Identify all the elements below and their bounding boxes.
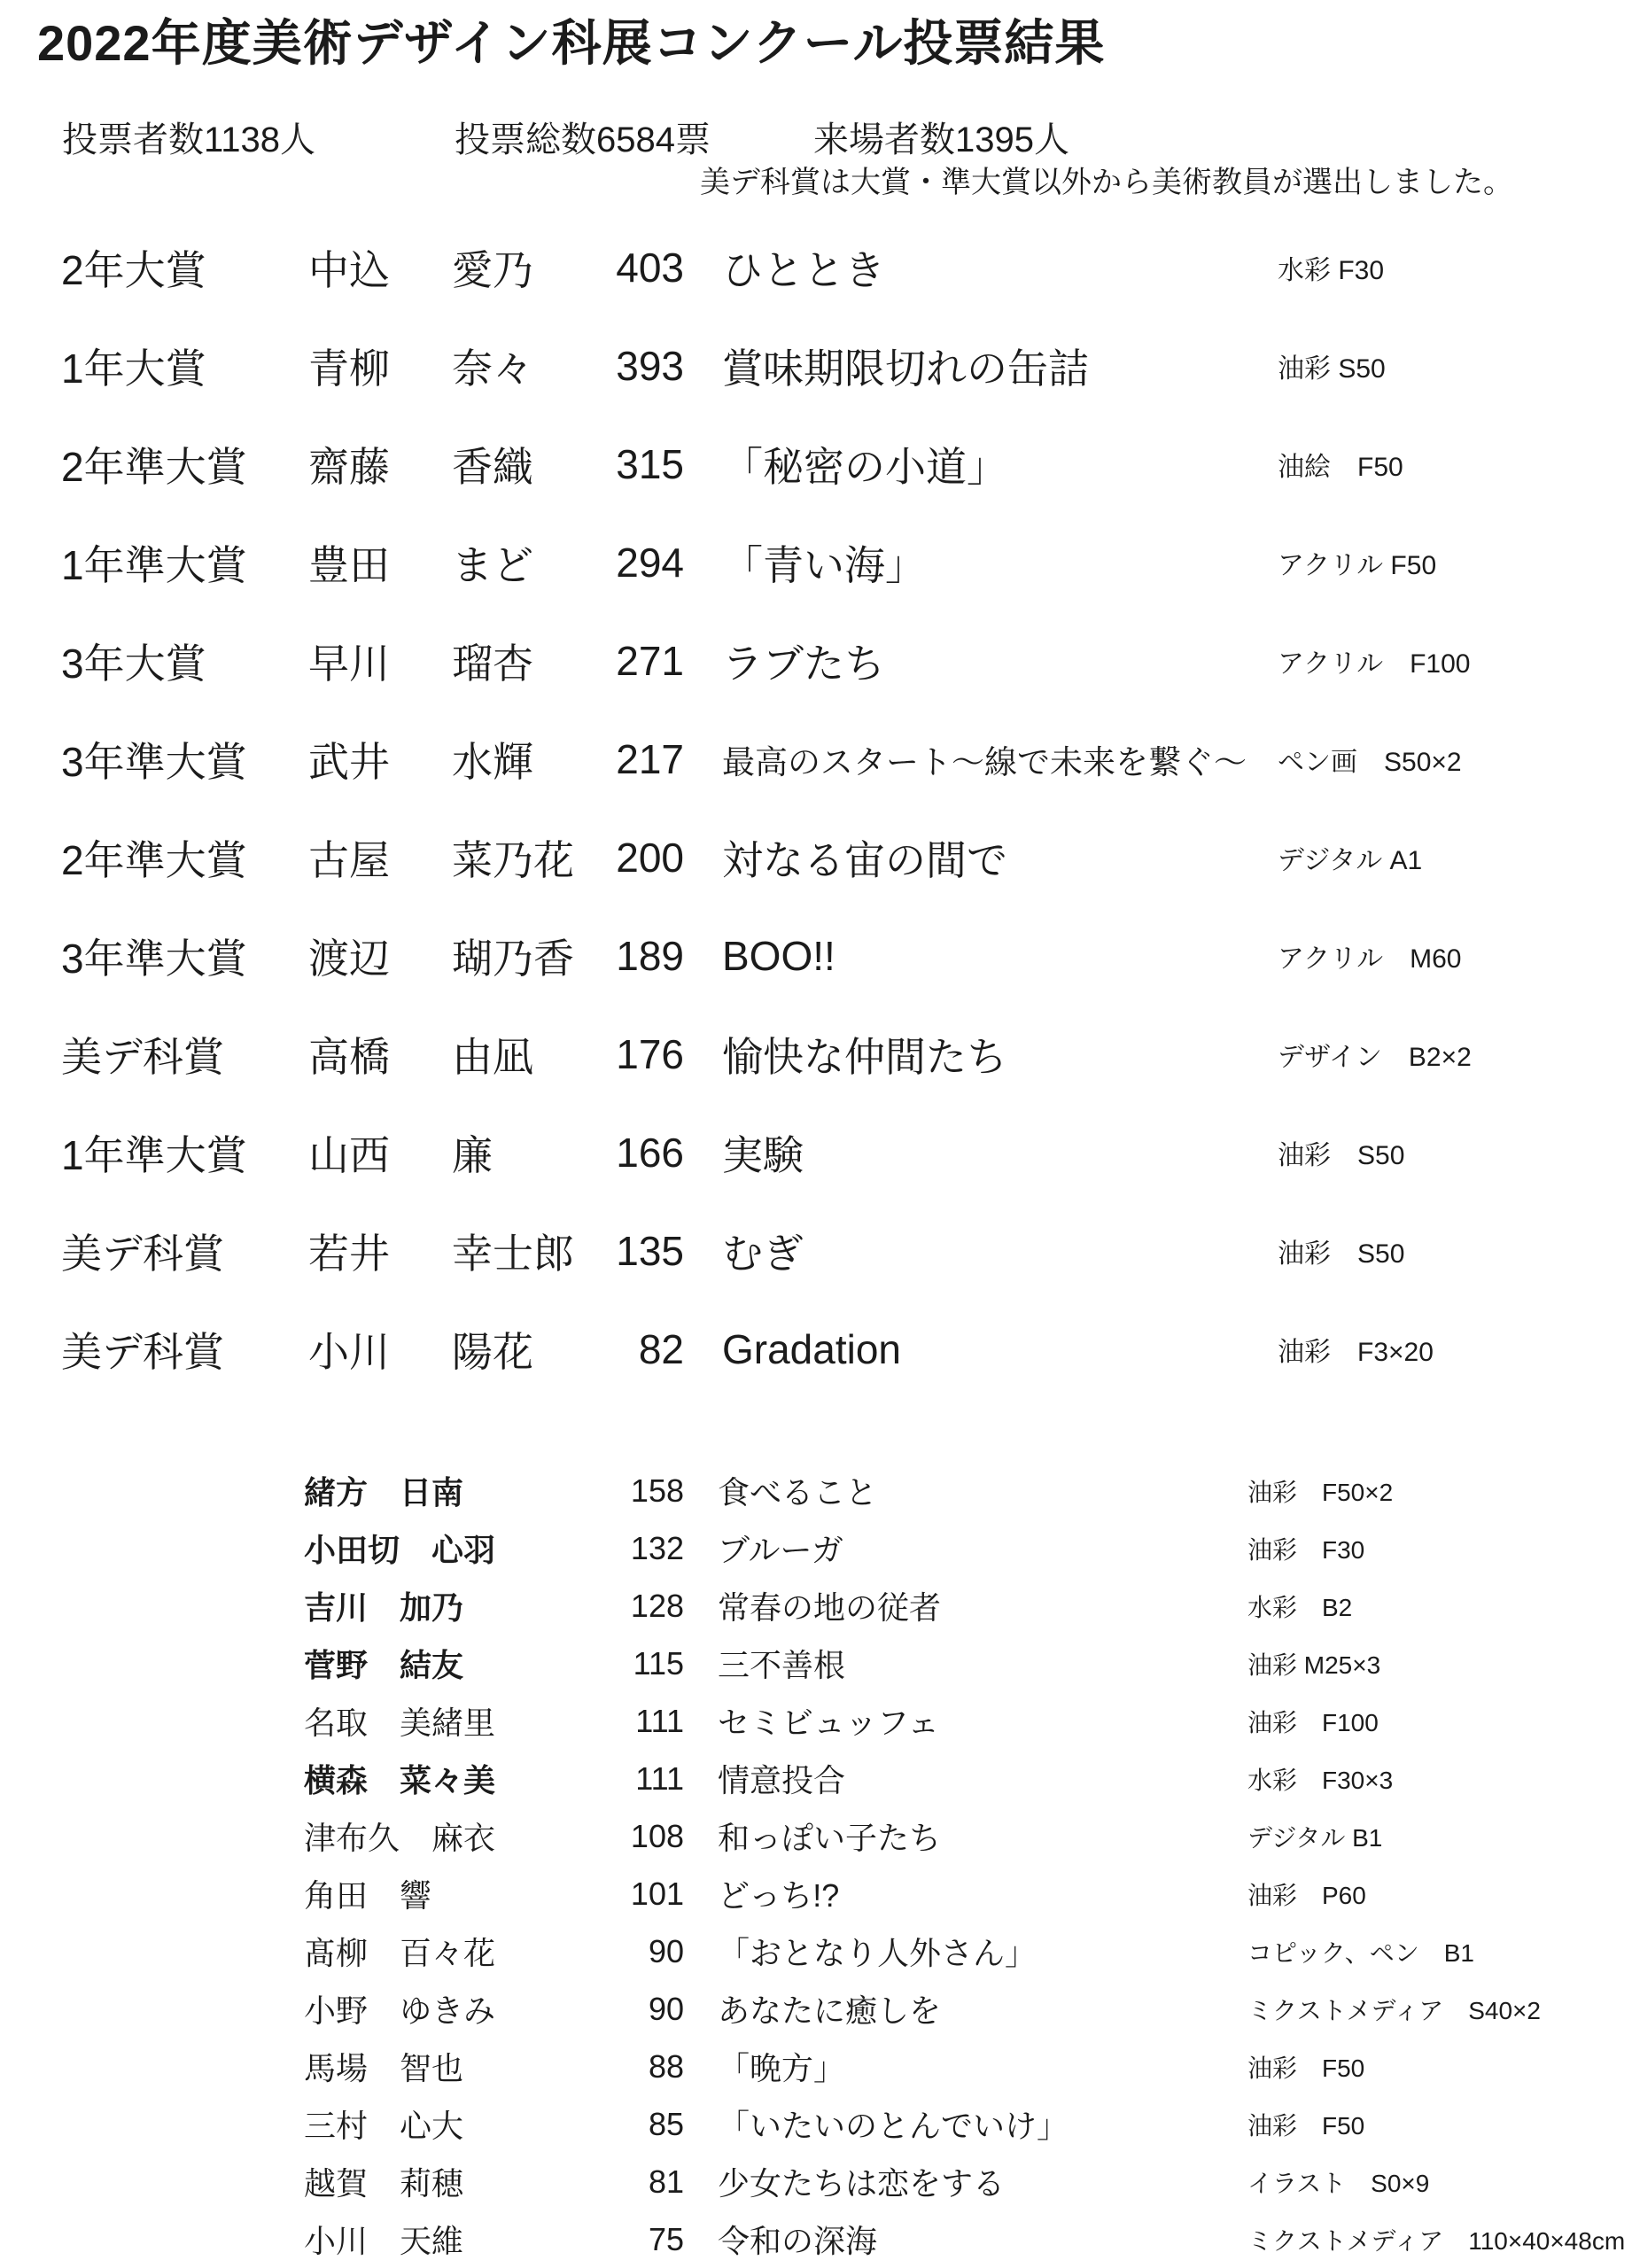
- artwork-medium: 油彩 F50×2: [1247, 1473, 1632, 1509]
- artwork-title: 「青い海」: [684, 533, 1278, 592]
- entry-row: 津布久 麻衣 108 和っぽい子たち デジタル B1: [0, 1807, 1632, 1865]
- artwork-medium: アクリル F50: [1278, 543, 1632, 582]
- stat-voters: 投票者数1138人: [62, 119, 455, 161]
- award-row: 1年準大賞 豊田 まど 294 「青い海」 アクリル F50: [0, 513, 1632, 611]
- award-label: 美デ科賞: [61, 1222, 308, 1280]
- vote-count: 135: [602, 1227, 684, 1275]
- artwork-medium: アクリル M60: [1278, 936, 1632, 975]
- winner-given-name: 奈々: [452, 337, 602, 395]
- artwork-title: 「おとなり人外さん」: [684, 1929, 1247, 1974]
- entrant-name: 緒方 日南: [304, 1468, 605, 1513]
- artwork-title: 少女たちは恋をする: [684, 2159, 1247, 2204]
- award-row: 美デ科賞 若井 幸士郎 135 むぎ 油彩 S50: [0, 1201, 1632, 1300]
- artwork-medium: ペン画 S50×2: [1278, 740, 1632, 779]
- artwork-medium: デジタル A1: [1278, 838, 1632, 877]
- artwork-title: 情意投合: [684, 1756, 1247, 1801]
- artwork-title: どっち!?: [684, 1871, 1247, 1916]
- artwork-title: 常春の地の従者: [684, 1583, 1247, 1628]
- entry-row: 三村 心大 85 「いたいのとんでいけ」 油彩 F50: [0, 2095, 1632, 2153]
- award-label: 1年準大賞: [61, 533, 308, 592]
- artwork-medium: 油彩 F30: [1247, 1531, 1632, 1566]
- vote-count: 128: [605, 1588, 684, 1625]
- award-label: 2年大賞: [61, 238, 308, 297]
- artwork-medium: 油彩 S50: [1278, 1231, 1632, 1270]
- artwork-medium: 油彩 F3×20: [1278, 1330, 1632, 1369]
- winner-given-name: 瑠杏: [452, 632, 602, 690]
- artwork-title: 和っぽい子たち: [684, 1814, 1247, 1859]
- award-label: 2年準大賞: [61, 435, 308, 493]
- vote-count: 315: [602, 440, 684, 488]
- winner-given-name: 由凪: [452, 1025, 602, 1084]
- vote-count: 271: [602, 637, 684, 685]
- stat-total-votes: 投票総数6584票: [455, 119, 813, 161]
- entry-row: 越賀 莉穂 81 少女たちは恋をする イラスト S0×9: [0, 2153, 1632, 2210]
- winner-given-name: 香織: [452, 435, 602, 493]
- artwork-medium: 油彩 F100: [1247, 1704, 1632, 1739]
- entry-row: 馬場 智也 88 「晩方」 油彩 F50: [0, 2038, 1632, 2095]
- winner-surname: 青柳: [308, 337, 452, 395]
- artwork-title: 実験: [684, 1123, 1278, 1182]
- vote-count: 101: [605, 1876, 684, 1913]
- page-title: 2022年度美術デザイン科展コンクール投票結果: [0, 0, 1632, 73]
- vote-count: 88: [605, 2048, 684, 2085]
- winner-surname: 小川: [308, 1320, 452, 1379]
- entry-row: 緒方 日南 158 食べること 油彩 F50×2: [0, 1462, 1632, 1519]
- artwork-medium: アクリル F100: [1278, 641, 1632, 680]
- entrant-name: 角田 響: [304, 1871, 605, 1916]
- artwork-title: Gradation: [684, 1325, 1278, 1373]
- winner-surname: 山西: [308, 1123, 452, 1182]
- artwork-medium: デザイン B2×2: [1278, 1035, 1632, 1074]
- entry-row: 小田切 心羽 132 ブルーガ 油彩 F30: [0, 1519, 1632, 1577]
- award-row: 3年大賞 早川 瑠杏 271 ラブたち アクリル F100: [0, 611, 1632, 710]
- vote-count: 75: [605, 2221, 684, 2258]
- entrant-name: 馬場 智也: [304, 2044, 605, 2089]
- artwork-title: 最高のスタート〜線で未来を繋ぐ〜: [684, 735, 1278, 783]
- entrant-name: 名取 美緒里: [304, 1698, 605, 1744]
- winner-given-name: 菜乃花: [452, 828, 602, 887]
- entrant-name: 越賀 莉穂: [304, 2159, 605, 2204]
- winner-surname: 齋藤: [308, 435, 452, 493]
- award-label: 3年準大賞: [61, 927, 308, 985]
- artwork-title: ブルーガ: [684, 1526, 1247, 1571]
- artwork-title: ひととき: [684, 238, 1278, 297]
- artwork-title: 対なる宙の間で: [684, 828, 1278, 887]
- entry-row: 小川 天維 75 令和の深海 ミクストメディア 110×40×48cm: [0, 2210, 1632, 2268]
- award-row: 2年準大賞 齋藤 香織 315 「秘密の小道」 油絵 F50: [0, 415, 1632, 513]
- winner-surname: 若井: [308, 1222, 452, 1280]
- winner-surname: 豊田: [308, 533, 452, 592]
- artwork-medium: 水彩 F30: [1278, 248, 1632, 287]
- vote-count: 294: [602, 539, 684, 586]
- entry-row: 吉川 加乃 128 常春の地の従者 水彩 B2: [0, 1577, 1632, 1635]
- award-label: 2年準大賞: [61, 828, 308, 887]
- artwork-medium: 油彩 P60: [1247, 1876, 1632, 1912]
- vote-count: 111: [605, 1760, 684, 1798]
- artwork-title: 愉快な仲間たち: [684, 1025, 1278, 1084]
- artwork-title: 賞味期限切れの缶詰: [684, 337, 1278, 395]
- winner-given-name: 瑚乃香: [452, 927, 602, 985]
- vote-count: 176: [602, 1030, 684, 1078]
- stats-row: 投票者数1138人 投票総数6584票 来場者数1395人: [0, 119, 1632, 161]
- artwork-medium: 油彩 F50: [1247, 2049, 1632, 2085]
- entries-list: 緒方 日南 158 食べること 油彩 F50×2 小田切 心羽 132 ブルーガ…: [0, 1462, 1632, 2268]
- vote-count: 82: [602, 1325, 684, 1373]
- vote-count: 108: [605, 1818, 684, 1855]
- entry-row: 横森 菜々美 111 情意投合 水彩 F30×3: [0, 1750, 1632, 1807]
- vote-count: 90: [605, 1991, 684, 2028]
- award-row: 3年準大賞 渡辺 瑚乃香 189 BOO!! アクリル M60: [0, 906, 1632, 1005]
- vote-count: 132: [605, 1530, 684, 1567]
- vote-count: 115: [605, 1645, 684, 1682]
- entrant-name: 横森 菜々美: [304, 1756, 605, 1801]
- results-document: 2022年度美術デザイン科展コンクール投票結果 投票者数1138人 投票総数65…: [0, 0, 1632, 2268]
- entrant-name: 小田切 心羽: [304, 1526, 605, 1571]
- artwork-medium: コピック、ペン B1: [1247, 1934, 1632, 1969]
- award-row: 1年大賞 青柳 奈々 393 賞味期限切れの缶詰 油彩 S50: [0, 316, 1632, 415]
- winner-given-name: まど: [452, 533, 602, 592]
- winner-surname: 渡辺: [308, 927, 452, 985]
- winner-given-name: 廉: [452, 1123, 602, 1182]
- stat-visitors: 来場者数1395人: [813, 119, 1069, 161]
- entry-row: 髙柳 百々花 90 「おとなり人外さん」 コピック、ペン B1: [0, 1922, 1632, 1980]
- artwork-title: あなたに癒しを: [684, 1986, 1247, 2031]
- entry-row: 名取 美緒里 111 セミビュッフェ 油彩 F100: [0, 1692, 1632, 1750]
- vote-count: 403: [602, 244, 684, 291]
- vote-count: 189: [602, 932, 684, 980]
- artwork-title: 「晩方」: [684, 2044, 1247, 2089]
- vote-count: 85: [605, 2106, 684, 2143]
- vote-count: 111: [605, 1703, 684, 1740]
- artwork-title: 「秘密の小道」: [684, 435, 1278, 493]
- artwork-medium: ミクストメディア 110×40×48cm: [1247, 2222, 1632, 2257]
- award-row: 美デ科賞 小川 陽花 82 Gradation 油彩 F3×20: [0, 1300, 1632, 1398]
- vote-count: 90: [605, 1933, 684, 1970]
- award-label: 3年大賞: [61, 632, 308, 690]
- artwork-medium: 油彩 S50: [1278, 1133, 1632, 1172]
- entrant-name: 吉川 加乃: [304, 1583, 605, 1628]
- award-label: 3年準大賞: [61, 730, 308, 788]
- award-row: 2年大賞 中込 愛乃 403 ひととき 水彩 F30: [0, 218, 1632, 316]
- winner-surname: 中込: [308, 238, 452, 297]
- artwork-medium: 水彩 F30×3: [1247, 1761, 1632, 1797]
- winner-given-name: 陽花: [452, 1320, 602, 1379]
- vote-count: 217: [602, 735, 684, 783]
- entry-row: 菅野 結友 115 三不善根 油彩 M25×3: [0, 1635, 1632, 1692]
- vote-count: 81: [605, 2163, 684, 2201]
- artwork-title: ラブたち: [684, 632, 1278, 690]
- award-label: 1年大賞: [61, 337, 308, 395]
- winner-given-name: 水輝: [452, 730, 602, 788]
- artwork-medium: ミクストメディア S40×2: [1247, 1992, 1632, 2027]
- vote-count: 393: [602, 342, 684, 390]
- entry-row: 小野 ゆきみ 90 あなたに癒しを ミクストメディア S40×2: [0, 1980, 1632, 2038]
- artwork-medium: イラスト S0×9: [1247, 2164, 1632, 2200]
- selection-note: 美デ科賞は大賞・準大賞以外から美術教員が選出しました。: [0, 165, 1632, 200]
- artwork-medium: 油彩 F50: [1247, 2107, 1632, 2142]
- artwork-title: むぎ: [684, 1222, 1278, 1280]
- vote-count: 200: [602, 834, 684, 882]
- artwork-title: BOO!!: [684, 932, 1278, 980]
- award-label: 美デ科賞: [61, 1320, 308, 1379]
- artwork-medium: 油絵 F50: [1278, 445, 1632, 484]
- award-row: 1年準大賞 山西 廉 166 実験 油彩 S50: [0, 1103, 1632, 1201]
- award-label: 美デ科賞: [61, 1025, 308, 1084]
- artwork-medium: デジタル B1: [1247, 1819, 1632, 1854]
- artwork-medium: 油彩 M25×3: [1247, 1646, 1632, 1682]
- winner-surname: 高橋: [308, 1025, 452, 1084]
- artwork-title: 「いたいのとんでいけ」: [684, 2101, 1247, 2147]
- artwork-title: 食べること: [684, 1468, 1247, 1513]
- entry-row: 角田 響 101 どっち!? 油彩 P60: [0, 1865, 1632, 1922]
- award-row: 3年準大賞 武井 水輝 217 最高のスタート〜線で未来を繋ぐ〜 ペン画 S50…: [0, 710, 1632, 808]
- winner-surname: 早川: [308, 632, 452, 690]
- award-label: 1年準大賞: [61, 1123, 308, 1182]
- artwork-medium: 油彩 S50: [1278, 346, 1632, 385]
- award-row: 美デ科賞 高橋 由凪 176 愉快な仲間たち デザイン B2×2: [0, 1005, 1632, 1103]
- winner-given-name: 愛乃: [452, 238, 602, 297]
- awards-list: 2年大賞 中込 愛乃 403 ひととき 水彩 F30 1年大賞 青柳 奈々 39…: [0, 218, 1632, 1398]
- entrant-name: 髙柳 百々花: [304, 1929, 605, 1974]
- entrant-name: 津布久 麻衣: [304, 1814, 605, 1859]
- vote-count: 158: [605, 1472, 684, 1510]
- winner-surname: 武井: [308, 730, 452, 788]
- entrant-name: 小川 天維: [304, 2217, 605, 2262]
- artwork-medium: 水彩 B2: [1247, 1588, 1632, 1624]
- entrant-name: 小野 ゆきみ: [304, 1986, 605, 2031]
- entrant-name: 菅野 結友: [304, 1641, 605, 1686]
- artwork-title: セミビュッフェ: [684, 1698, 1247, 1744]
- winner-surname: 古屋: [308, 828, 452, 887]
- artwork-title: 三不善根: [684, 1641, 1247, 1686]
- vote-count: 166: [602, 1129, 684, 1177]
- artwork-title: 令和の深海: [684, 2217, 1247, 2262]
- award-row: 2年準大賞 古屋 菜乃花 200 対なる宙の間で デジタル A1: [0, 808, 1632, 906]
- winner-given-name: 幸士郎: [452, 1222, 602, 1280]
- entrant-name: 三村 心大: [304, 2101, 605, 2147]
